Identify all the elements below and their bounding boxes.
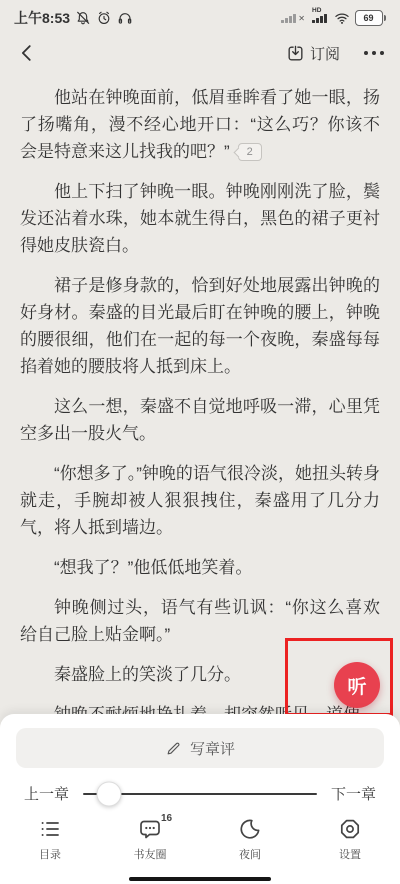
paragraph: 他站在钟晚面前，低眉垂眸看了她一眼，扬了扬嘴角，漫不经心地开口：“这么巧？你该不… — [20, 84, 380, 165]
nav-item-catalog[interactable]: 目录 — [0, 817, 100, 862]
chapter-progress-row: 上一章 下一章 — [24, 783, 376, 804]
paragraph: 钟晚不耐烦地挣扎着，却突然听见，道便 — [20, 701, 380, 715]
download-icon — [286, 44, 305, 63]
paragraph: 这么一想，秦盛不自觉地呼吸一滞，心里凭空多出一股火气。 — [20, 393, 380, 447]
gear-icon — [338, 817, 362, 841]
nav-item-settings[interactable]: 设置 — [300, 817, 400, 862]
paragraph: 他上下扫了钟晚一眼。钟晚刚刚洗了脸，鬓发还沾着水珠，她本就生得白，黑色的裙子更衬… — [20, 178, 380, 259]
nav-label: 夜间 — [239, 846, 261, 862]
next-chapter-button[interactable]: 下一章 — [331, 783, 376, 804]
signal-sim1-icon: ✕ — [281, 14, 305, 23]
paragraph: 秦盛脸上的笑淡了几分。 — [20, 661, 380, 688]
chat-bubble-icon — [138, 817, 162, 841]
write-comment-button[interactable]: 写章评 — [16, 728, 384, 768]
slider-thumb[interactable] — [96, 781, 121, 806]
bottom-nav: 目录 16 书友圈 夜间 — [0, 817, 400, 862]
book-circle-count-badge: 16 — [161, 813, 172, 824]
list-icon — [38, 817, 62, 841]
nav-label: 目录 — [39, 846, 61, 862]
paragraph: 钟晚侧过头，语气有些讥讽：“你这么喜欢给自己脸上贴金啊。” — [20, 594, 380, 648]
moon-icon — [238, 817, 262, 841]
toolbar: 订阅 — [0, 32, 400, 74]
headset-icon — [117, 10, 133, 26]
write-comment-label: 写章评 — [190, 738, 235, 759]
chapter-progress-slider[interactable] — [83, 793, 317, 795]
prev-chapter-button[interactable]: 上一章 — [24, 783, 69, 804]
status-bar: 上午8:53 ✕ HD 69 — [0, 0, 400, 32]
bottom-panel: 写章评 上一章 下一章 目录 16 — [0, 714, 400, 884]
paragraph: “你想多了。”钟晚的语气很冷淡，她扭头转身就走，手腕却被人狠狠拽住，秦盛用了几分… — [20, 460, 380, 541]
pencil-icon — [165, 740, 182, 757]
hd-tag: HD — [312, 7, 321, 14]
listen-label: 听 — [347, 672, 366, 699]
comment-count-badge[interactable]: 2 — [238, 143, 262, 161]
subscribe-label: 订阅 — [310, 43, 340, 64]
listen-button[interactable]: 听 — [334, 662, 380, 708]
battery-indicator: 69 — [355, 10, 387, 26]
subscribe-button[interactable]: 订阅 — [286, 43, 340, 64]
nav-label: 设置 — [339, 846, 361, 862]
chapter-text[interactable]: 他站在钟晚面前，低眉垂眸看了她一眼，扬了扬嘴角，漫不经心地开口：“这么巧？你该不… — [0, 70, 400, 715]
alarm-clock-icon — [96, 10, 112, 26]
nav-label: 书友圈 — [134, 846, 167, 862]
battery-percent: 69 — [363, 13, 373, 23]
wifi-icon — [334, 10, 350, 26]
nav-item-night-mode[interactable]: 夜间 — [200, 817, 300, 862]
paragraph: “想我了？”他低低地笑着。 — [20, 554, 380, 581]
mute-bell-icon — [75, 10, 91, 26]
nav-item-book-circle[interactable]: 16 书友圈 — [100, 817, 200, 862]
home-indicator[interactable] — [129, 877, 271, 881]
clock-time: 上午8:53 — [14, 8, 70, 28]
paragraph: 裙子是修身款的，恰到好处地展露出钟晚的好身材。秦盛的目光最后盯在钟晚的腰上，钟晚… — [20, 272, 380, 380]
back-button[interactable] — [16, 42, 38, 64]
signal-sim2-icon: HD — [312, 14, 327, 23]
more-menu-button[interactable] — [364, 51, 384, 55]
